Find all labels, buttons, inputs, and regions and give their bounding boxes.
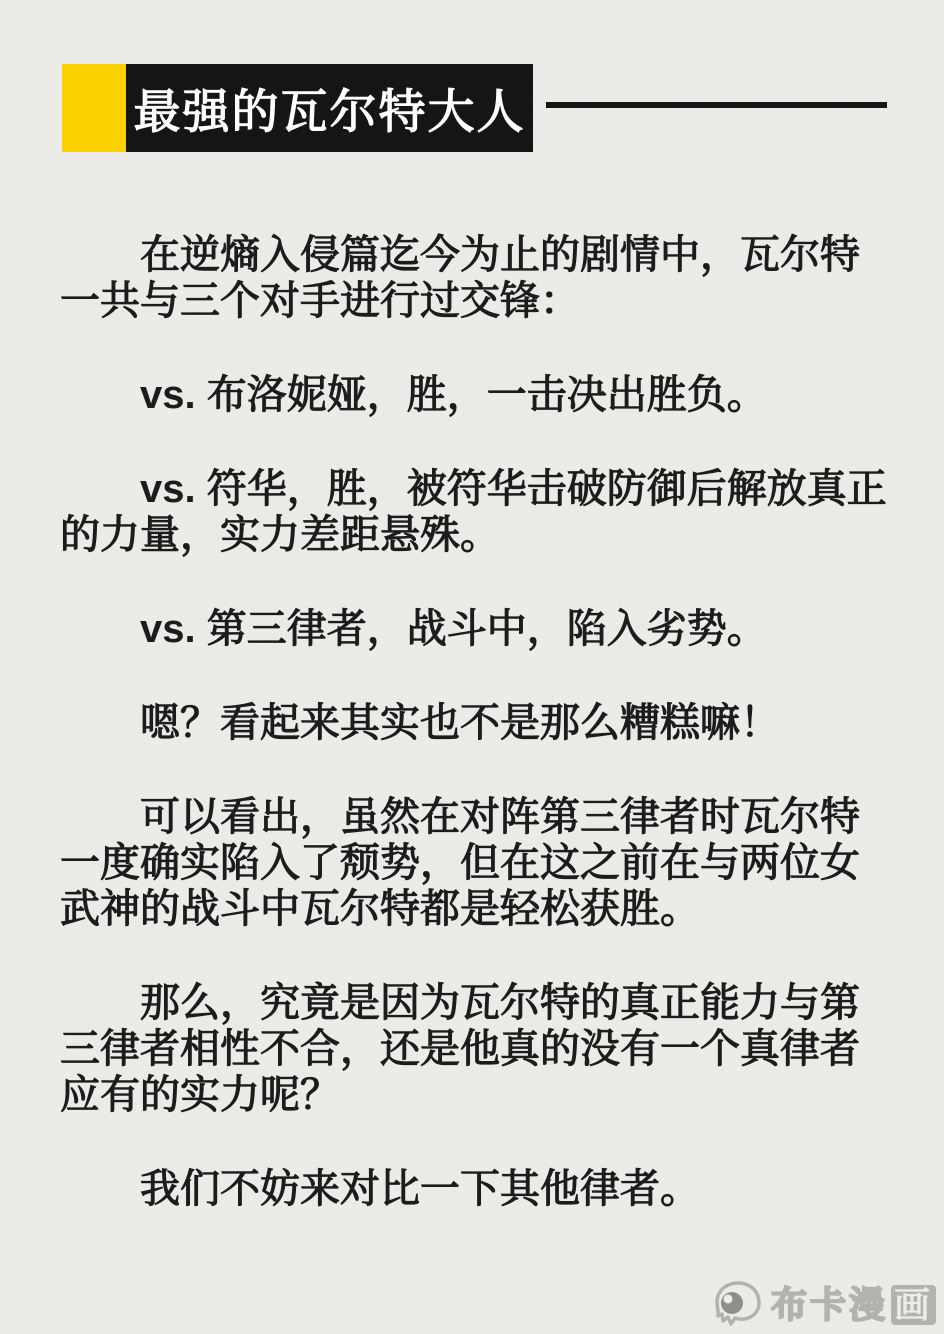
brand-text-block: 画 [891,1285,936,1325]
title-banner: 最强的瓦尔特大人 [62,64,887,152]
buka-ghost-icon [712,1280,764,1330]
buka-watermark: 布卡漫 画 [712,1280,936,1330]
page: 最强的瓦尔特大人 在逆熵入侵篇迄今为止的剧情中，瓦尔特一共与三个对手进行过交锋：… [0,0,944,1334]
article-body: 在逆熵入侵篇迄今为止的剧情中，瓦尔特一共与三个对手进行过交锋： vs. 布洛妮娅… [60,232,892,1260]
title-black-banner: 最强的瓦尔特大人 [126,64,533,152]
paragraph-remark: 嗯？看起来其实也不是那么糟糕嘛！ [60,700,892,746]
brand-text-outline: 布卡漫 [771,1287,888,1323]
paragraph-question: 那么，究竟是因为瓦尔特的真正能力与第三律者相性不合，还是他真的没有一个真律者应有… [60,980,892,1118]
paragraph-intro: 在逆熵入侵篇迄今为止的剧情中，瓦尔特一共与三个对手进行过交锋： [60,232,892,324]
horizontal-rule [546,102,887,108]
paragraph-vs-third-herrscher: vs. 第三律者，战斗中，陷入劣势。 [60,606,892,652]
page-title: 最强的瓦尔特大人 [134,75,526,142]
yellow-accent-square [62,64,126,152]
paragraph-vs-fuhua: vs. 符华，胜，被符华击破防御后解放真正的力量，实力差距悬殊。 [60,466,892,558]
brand-text: 布卡漫 画 [771,1285,936,1325]
paragraph-vs-bronya: vs. 布洛妮娅，胜，一击决出胜负。 [60,372,892,418]
rule-wrap [546,64,887,152]
paragraph-closing: 我们不妨来对比一下其他律者。 [60,1166,892,1212]
paragraph-analysis: 可以看出，虽然在对阵第三律者时瓦尔特一度确实陷入了颓势，但在这之前在与两位女武神… [60,794,892,932]
